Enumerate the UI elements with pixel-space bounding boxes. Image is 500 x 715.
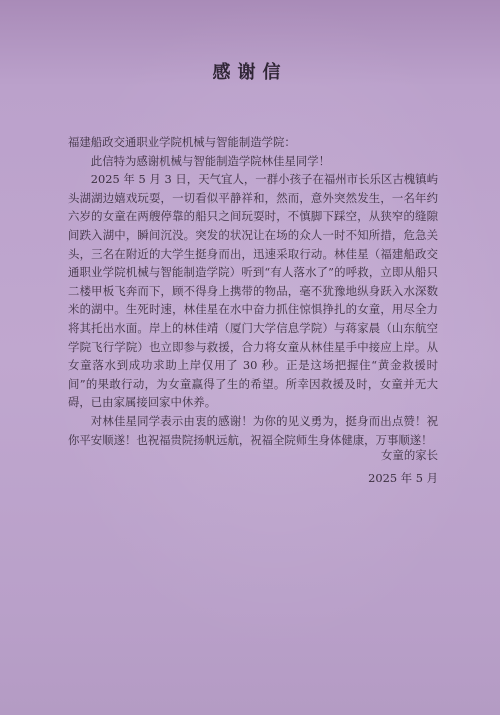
letter-paragraph-story: 2025 年 5 月 3 日，天气宜人，一群小孩子在福州市长乐区古槐镇屿头湖湖边… <box>68 170 438 412</box>
signature-date: 2025 年 5 月 <box>238 470 438 486</box>
letter-paragraph-thanks: 对林佳星同学表示由衷的感谢！为你的见义勇为，挺身而出点赞！祝你平安顺遂！也祝福贵… <box>68 412 438 449</box>
letter-body: 福建船政交通职业学院机械与智能制造学院： 此信特为感谢机械与智能制造学院林佳星同… <box>68 133 438 449</box>
letter-page: 感谢信 福建船政交通职业学院机械与智能制造学院： 此信特为感谢机械与智能制造学院… <box>0 0 500 715</box>
signature-name: 女童的家长 <box>238 447 438 463</box>
letter-salutation: 福建船政交通职业学院机械与智能制造学院： <box>68 133 438 152</box>
letter-paragraph-intro: 此信特为感谢机械与智能制造学院林佳星同学！ <box>68 152 438 171</box>
letter-title: 感谢信 <box>0 58 500 84</box>
